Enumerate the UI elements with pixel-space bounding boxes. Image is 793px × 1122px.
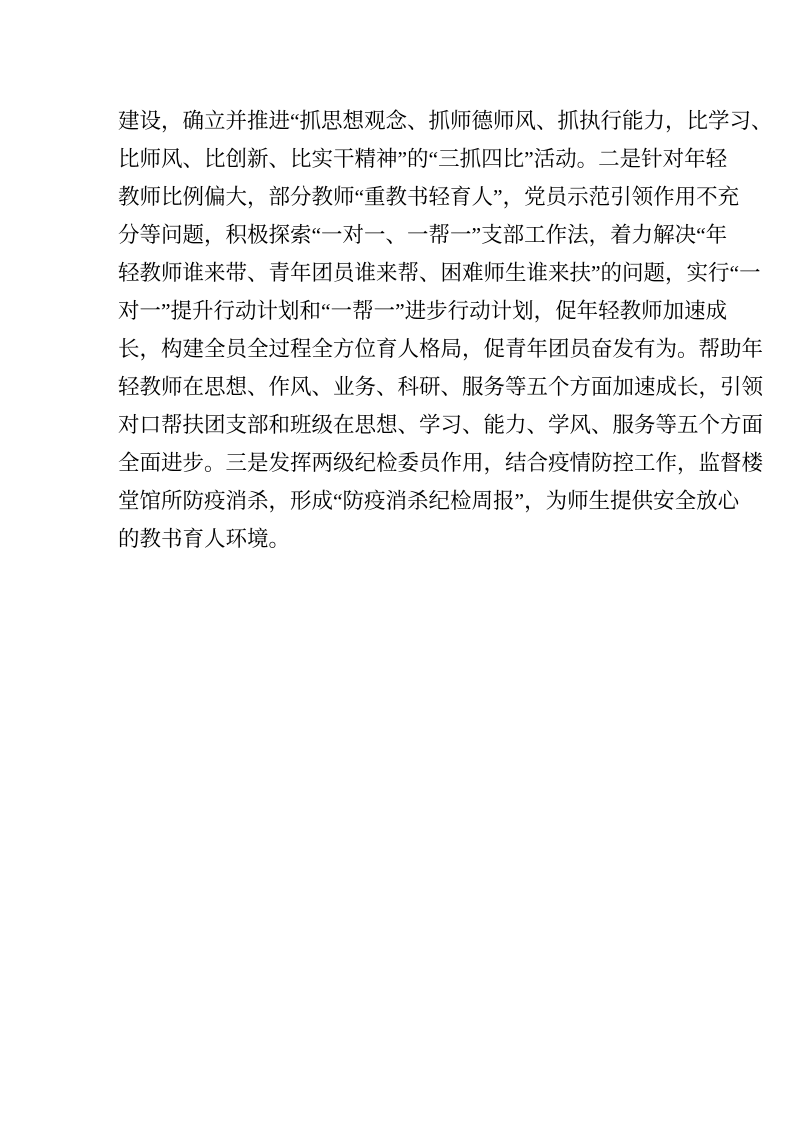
paragraph-line: 长，构建全员全过程全方位育人格局，促青年团员奋发有为。帮助年 [118,330,677,368]
paragraph-line: 教师比例偏大，部分教师“重教书轻育人”，党员示范引领作用不充 [118,178,677,216]
paragraph-line: 全面进步。三是发挥两级纪检委员作用，结合疫情防控工作，监督楼 [118,444,677,482]
paragraph-line: 轻教师谁来带、青年团员谁来帮、困难师生谁来扶”的问题，实行“一 [118,254,677,292]
paragraph-line: 分等问题，积极探索“一对一、一帮一”支部工作法，着力解决“年 [118,216,677,254]
paragraph-line: 轻教师在思想、作风、业务、科研、服务等五个方面加速成长，引领 [118,368,677,406]
paragraph-line: 对一”提升行动计划和“一帮一”进步行动计划，促年轻教师加速成 [118,292,677,330]
paragraph-line: 比师风、比创新、比实干精神”的“三抓四比”活动。二是针对年轻 [118,140,677,178]
paragraph-line: 对口帮扶团支部和班级在思想、学习、能力、学风、服务等五个方面 [118,406,677,444]
paragraph-line: 建设，确立并推进“抓思想观念、抓师德师风、抓执行能力，比学习、 [118,102,677,140]
body-paragraph: 建设，确立并推进“抓思想观念、抓师德师风、抓执行能力，比学习、 比师风、比创新、… [118,102,677,558]
paragraph-line: 堂馆所防疫消杀，形成“防疫消杀纪检周报”，为师生提供安全放心 [118,482,677,520]
document-page: 建设，确立并推进“抓思想观念、抓师德师风、抓执行能力，比学习、 比师风、比创新、… [0,0,793,1122]
paragraph-line-last: 的教书育人环境。 [118,520,677,558]
